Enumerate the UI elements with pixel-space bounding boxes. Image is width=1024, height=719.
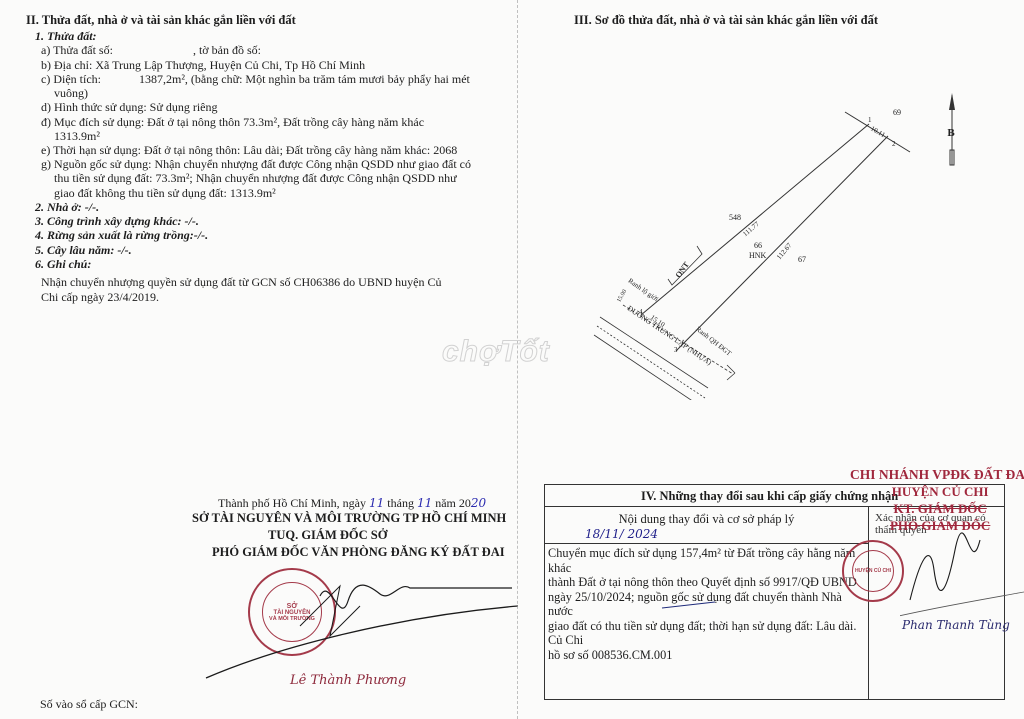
item-perennial-trees: 5. Cây lâu năm: -/-. — [35, 243, 132, 258]
area-label: c) Diện tích: — [41, 72, 101, 86]
note-line-1: Nhận chuyển nhượng quyền sử dụng đất từ … — [41, 275, 442, 289]
north-label: B — [947, 127, 955, 139]
content-header-text: Nội dung thay đổi và cơ sở pháp lý — [619, 512, 795, 526]
section-iii-title: III. Sơ đồ thửa đất, nhà ở và tài sản kh… — [574, 13, 878, 28]
usage-purpose-continued: 1313.9m² — [54, 129, 100, 143]
certificate-left-page: II. Thửa đất, nhà ở và tài sản khác gắn … — [0, 0, 518, 719]
changes-content-header: Nội dung thay đổi và cơ sở pháp lý 18/11… — [545, 507, 868, 544]
date-month: 11 — [417, 496, 432, 510]
plot-number-label: a) Thửa đất số: — [41, 43, 113, 57]
handwritten-arrow — [660, 600, 720, 612]
signer-position: PHÓ GIÁM ĐỐC VĂN PHÒNG ĐĂNG KÝ ĐẤT ĐAI — [212, 545, 505, 560]
svg-text:111.77: 111.77 — [741, 220, 761, 238]
branch-name: CHI NHÁNH VPĐK ĐẤT ĐAI — [850, 466, 1024, 483]
land-plot-subtitle: 1. Thửa đất: — [35, 29, 97, 44]
date-month-label: tháng — [387, 496, 414, 510]
boundary-label-1: Ranh lộ giới — [627, 277, 660, 304]
plot-number-line: a) Thửa đất số: , tờ bản đồ số: — [41, 43, 261, 57]
handwritten-date: 18/11/ 2024 — [585, 527, 658, 541]
usage-origin-cont2: giao đất không thu tiền sử dụng đất: 131… — [54, 186, 276, 200]
plot-type: HNK — [749, 251, 767, 260]
date-year-label: năm 20 — [435, 496, 471, 510]
branch-district: HUYỆN CỦ CHI — [850, 483, 1024, 500]
signing-date: Thành phố Hồ Chí Minh, ngày 11 tháng 11 … — [218, 496, 486, 511]
plot-diagram: B 69 1 2 10.11 548 111.77 66 HNK 112.67 … — [518, 70, 1024, 400]
branch-signature — [900, 530, 1024, 620]
map-sheet-label: , tờ bản đồ số: — [193, 43, 261, 57]
svg-text:3: 3 — [674, 346, 678, 354]
svg-text:112.67: 112.67 — [775, 241, 794, 261]
usage-form-line: d) Hình thức sử dụng: Sử dụng riêng — [41, 100, 218, 114]
item-house: 2. Nhà ở: -/-. — [35, 200, 99, 215]
branch-role1: KT. GIÁM ĐỐC — [850, 500, 1024, 517]
left-signer-name: Lê Thành Phương — [290, 673, 406, 688]
svg-text:1: 1 — [868, 116, 872, 124]
section-ii-title: II. Thửa đất, nhà ở và tài sản khác gắn … — [26, 13, 296, 28]
note-line-2: Chi cấp ngày 23/4/2019. — [41, 290, 159, 304]
branch-stamp-text: CHI NHÁNH VPĐK ĐẤT ĐAI HUYỆN CỦ CHI KT. … — [850, 466, 1024, 534]
neighbor-548: 548 — [729, 213, 741, 222]
item-other-construction: 3. Công trình xây dựng khác: -/-. — [35, 214, 199, 229]
plot-number: 66 — [754, 241, 762, 250]
issuing-org: SỞ TÀI NGUYÊN VÀ MÔI TRƯỜNG TP HỒ CHÍ MI… — [192, 511, 506, 526]
entry-line: Chuyển mục đích sử dụng 157,4m² từ Đất t… — [548, 546, 865, 575]
date-prefix: Thành phố Hồ Chí Minh, ngày — [218, 496, 366, 510]
branch-seal: HUYỆN CỦ CHI — [842, 540, 904, 602]
branch-seal-text: HUYỆN CỦ CHI — [855, 568, 891, 574]
item-planted-forest: 4. Rừng sản xuất là rừng trồng:-/-. — [35, 228, 208, 243]
area-continued: vuông) — [54, 86, 88, 100]
usage-purpose-line: đ) Mục đích sử dụng: Đất ở tại nông thôn… — [41, 115, 424, 129]
item-notes-heading: 6. Ghi chú: — [35, 257, 91, 272]
signature-stroke — [200, 566, 518, 686]
svg-text:15.00: 15.00 — [616, 289, 628, 304]
usage-term-line: e) Thời hạn sử dụng: Đất ở tại nông thôn… — [41, 143, 457, 157]
usage-origin-line: g) Nguồn gốc sử dụng: Nhận chuyển nhượng… — [41, 157, 471, 171]
entry-line: thành Đất ở tại nông thôn theo Quyết địn… — [548, 575, 865, 590]
gcn-register-number: Số vào sổ cấp GCN: — [40, 697, 138, 712]
area-value: 1387,2m², (bằng chữ: Một nghìn ba trăm t… — [139, 72, 470, 86]
date-year-suffix: 20 — [471, 496, 486, 510]
date-day: 11 — [369, 496, 384, 510]
ont-label: ONT — [674, 260, 692, 280]
entry-line: hồ sơ số 008536.CM.001 — [548, 648, 865, 663]
area-line: c) Diện tích: 1387,2m², (bằng chữ: Một n… — [41, 72, 470, 86]
neighbor-69: 69 — [893, 108, 901, 117]
authorized-role: TUQ. GIÁM ĐỐC SỞ — [268, 528, 387, 543]
svg-text:10.11: 10.11 — [869, 125, 887, 140]
usage-origin-cont1: thu tiền sử dụng đất: 73.3m²; Nhận chuyể… — [54, 171, 457, 185]
svg-text:2: 2 — [892, 140, 896, 148]
branch-signer-name: Phan Thanh Tùng — [902, 618, 1010, 632]
address-line: b) Địa chỉ: Xã Trung Lập Thượng, Huyện C… — [41, 58, 365, 72]
entry-line: giao đất có thu tiền sử dụng đất; thời h… — [548, 619, 865, 648]
neighbor-67: 67 — [798, 255, 806, 264]
